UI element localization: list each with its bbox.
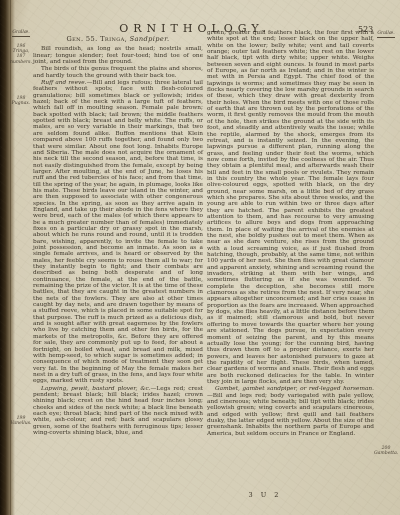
species-description-ruff: —Bill and legs rufous; three lateral tai… (33, 80, 203, 384)
paragraph-genus-habits: The birds of this genus frequent the pla… (33, 66, 203, 79)
paragraph-gambet: Gambet, gambet sandpiper, or red-legged … (207, 386, 374, 437)
right-column: green; greater quill feathers black, the… (207, 30, 374, 438)
species-description-lapwing: —Legs red; crest pendent; breast black; … (33, 386, 203, 436)
paragraph-genus-characters: Bill roundish, as long as the head; nost… (33, 46, 203, 65)
species-name-lapwing: Lapwing, pewit, bastard plover, &c. (41, 386, 151, 392)
book-page: ORNITHOLOGY. 523 Grallæ. 196 Tringa, 187… (0, 0, 400, 515)
genus-name: Tringa, (100, 35, 127, 43)
binding-edge-line (10, 0, 11, 515)
margin-note-text: Grallæ. (12, 30, 29, 37)
genus-common-name: Sandpiper. (130, 35, 170, 43)
genus-number: Gen. 55. (66, 35, 97, 43)
paragraph-lapwing: Lapwing, pewit, bastard plover, &c.—Legs… (33, 386, 203, 437)
margin-note-order-right: Grallæ. (374, 31, 398, 38)
margin-note-genus: 196 Tringa, 187 numbers. (9, 44, 33, 65)
printer-signature-mark: 3 U 2 (240, 491, 290, 499)
species-name-gambet: Gambet, gambet sandpiper, or red-legged … (215, 386, 374, 392)
margin-note-text: Grallæ. (377, 31, 394, 38)
species-description-gambet: —Bill and legs red; body variegated with… (207, 393, 374, 437)
species-name-ruff: Ruff and reeve. (41, 80, 87, 86)
margin-note-order-left: Grallæ. (9, 30, 33, 37)
paragraph-lapwing-continued: green; greater quill feathers black, the… (207, 30, 374, 385)
margin-note-vanellus: 199 Vanellus. (9, 416, 33, 426)
binding-edge (0, 0, 15, 515)
margin-note-gambetta: 200 Gambetta. (374, 446, 398, 456)
paragraph-ruff: Ruff and reeve.—Bill and legs rufous; th… (33, 80, 203, 385)
margin-note-pugnax: 198 Pugnax. (9, 96, 33, 106)
left-column: Gen. 55. Tringa, Sandpiper. Bill roundis… (33, 36, 203, 437)
genus-heading: Gen. 55. Tringa, Sandpiper. (33, 36, 203, 42)
